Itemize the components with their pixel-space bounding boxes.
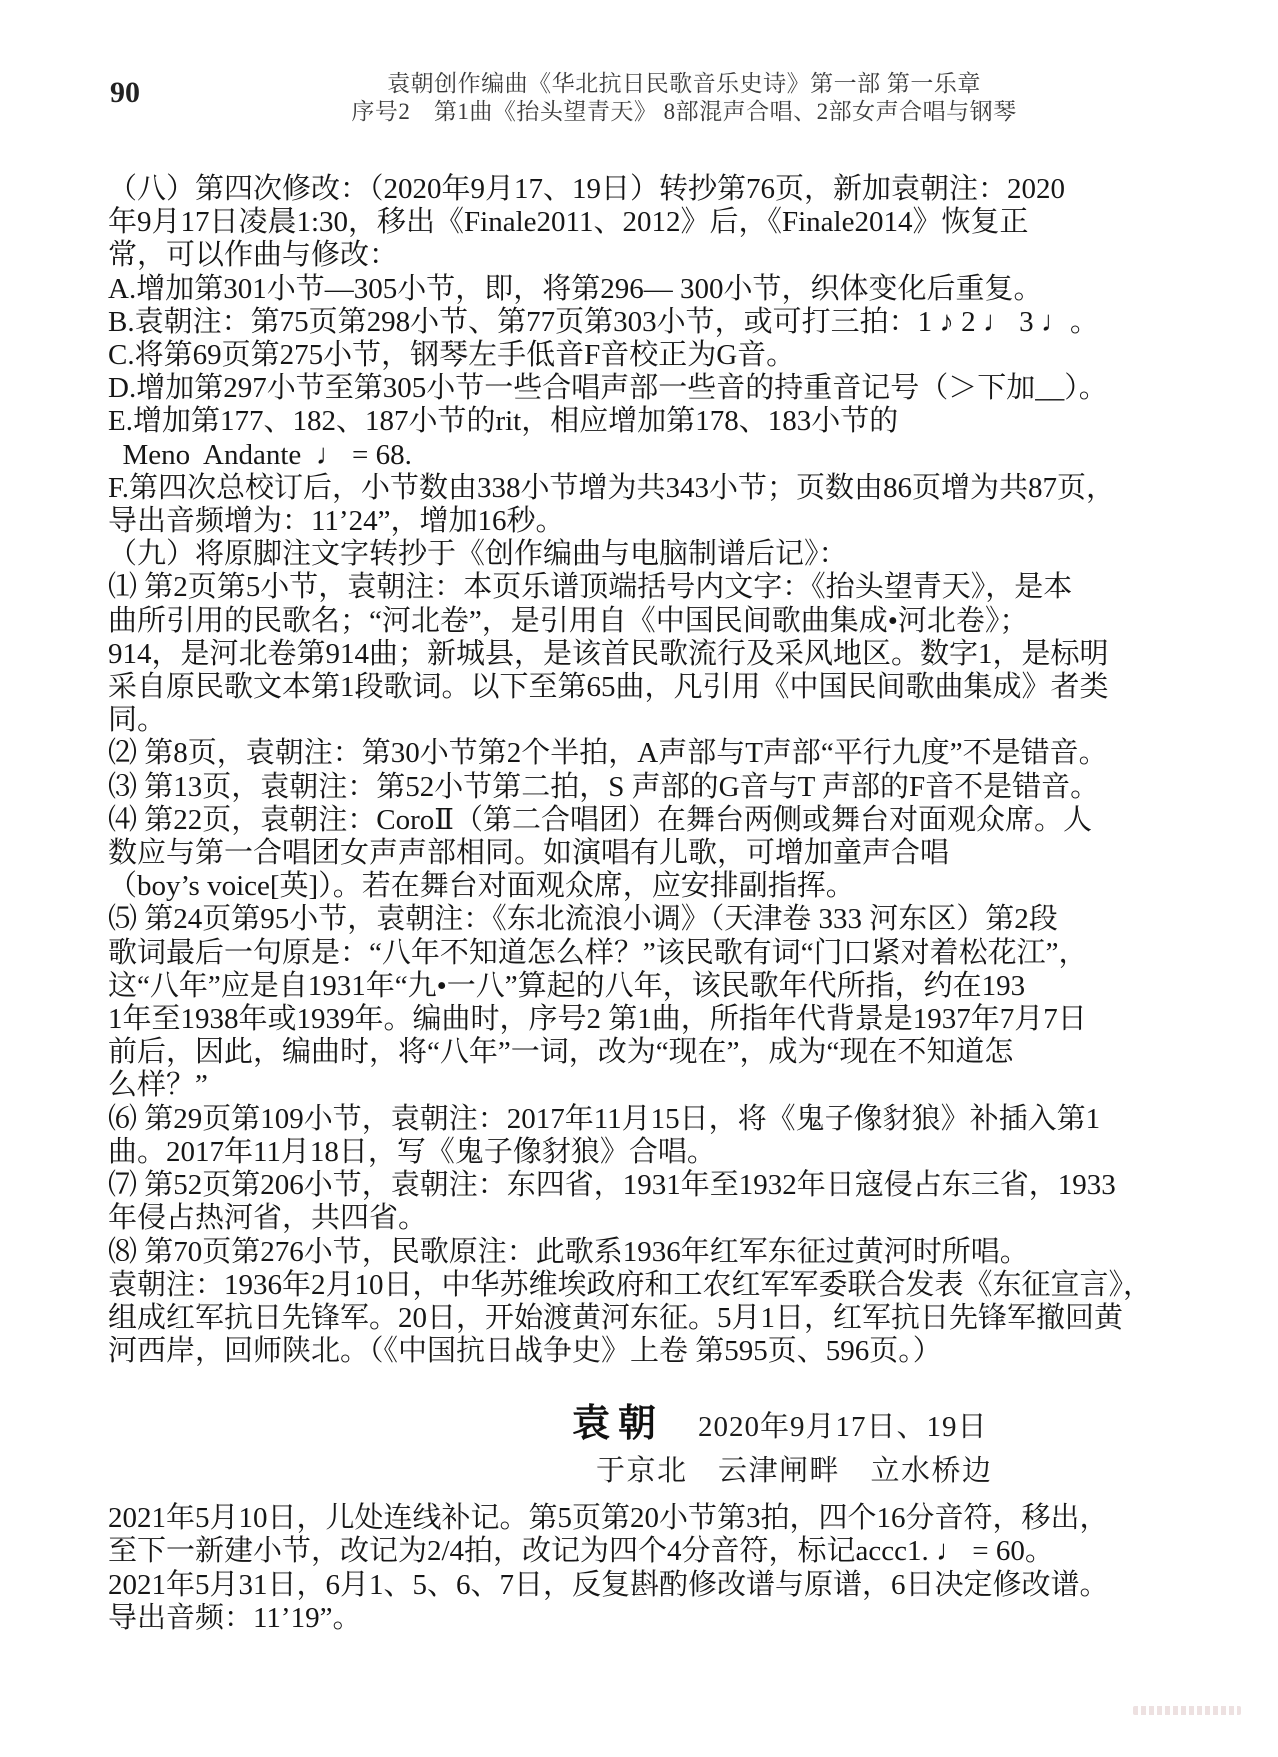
body-text-line: 导出音频增为：11’24”，增加16秒。 bbox=[108, 505, 1186, 538]
body-text-line: 1年至1938年或1939年。编曲时，序号2 第1曲，所指年代背景是1937年7… bbox=[108, 1003, 1186, 1036]
postscript-block: 2021年5月10日，儿处连线补记。第5页第20小节第3拍，四个16分音符，移出… bbox=[108, 1502, 1186, 1636]
postscript-line: 导出音频：11’19”。 bbox=[108, 1602, 1186, 1635]
body-text-line: 采自原民歌文本第1段歌词。以下至第65曲，凡引用《中国民间歌曲集成》者类 bbox=[108, 671, 1186, 704]
body-text-line: 河西岸，回师陕北。（《中国抗日战争史》上卷 第595页、596页。） bbox=[108, 1335, 1186, 1368]
body-text-line: （boy’s voice[英]）。若在舞台对面观众席，应安排副指挥。 bbox=[108, 870, 1186, 903]
page-number: 90 bbox=[110, 76, 140, 110]
body-text-line: E.增加第177、182、187小节的rit，相应增加第178、183小节的 bbox=[108, 405, 1186, 438]
body-text-line: ⑴ 第2页第5小节，袁朝注：本页乐谱顶端括号内文字：《抬头望青天》，是本 bbox=[108, 571, 1186, 604]
body-text-line: B.袁朝注：第75页第298小节、第77页第303小节，或可打三拍：1 ♪ 2 … bbox=[108, 306, 1186, 339]
body-text-line: ⑷ 第22页，袁朝注：CoroⅡ（第二合唱团）在舞台两侧或舞台对面观众席。人 bbox=[108, 804, 1186, 837]
body-text-line: ⑻ 第70页第276小节，民歌原注：此歌系1936年红军东征过黄河时所唱。 bbox=[108, 1236, 1186, 1269]
body-text-line: 年9月17日凌晨1:30，移出《Finale2011、2012》后，《Final… bbox=[108, 206, 1186, 239]
postscript-line: 2021年5月10日，儿处连线补记。第5页第20小节第3拍，四个16分音符，移出… bbox=[108, 1502, 1186, 1535]
body-text-line: ⑵ 第8页，袁朝注：第30小节第2个半拍，A声部与T声部“平行九度”不是错音。 bbox=[108, 737, 1186, 770]
body-text-line: ⑺ 第52页第206小节，袁朝注：东四省，1931年至1932年日寇侵占东三省，… bbox=[108, 1169, 1186, 1202]
body-text-line: 同。 bbox=[108, 704, 1186, 737]
header-title-line2: 序号2 第1曲《抬头望青天》 8部混声合唱、2部女声合唱与钢琴 bbox=[170, 98, 1198, 126]
signature-name: 袁朝 bbox=[572, 1403, 664, 1445]
body-text-line: 常，可以作曲与修改： bbox=[108, 239, 1186, 272]
body-text-line: ⑶ 第13页，袁朝注：第52小节第二拍，S 声部的G音与T 声部的F音不是错音。 bbox=[108, 771, 1186, 804]
body-text-line: C.将第69页第275小节，钢琴左手低音F音校正为G音。 bbox=[108, 339, 1186, 372]
body-text-line: ⑸ 第24页第95小节，袁朝注：《东北流浪小调》（天津卷 333 河东区）第2段 bbox=[108, 903, 1186, 936]
body-text-line: 组成红军抗日先锋军。20日，开始渡黄河东征。5月1日，红军抗日先锋军撤回黄 bbox=[108, 1302, 1186, 1335]
body-text-line: A.增加第301小节—305小节，即，将第296— 300小节，织体变化后重复。 bbox=[108, 273, 1186, 306]
body-text-line: 914，是河北卷第914曲；新城县，是该首民歌流行及采风地区。数字1，是标明 bbox=[108, 638, 1186, 671]
body-text-block: （八）第四次修改：（2020年9月17、19日）转抄第76页，新加袁朝注：202… bbox=[108, 173, 1186, 1368]
postscript-line: 2021年5月31日，6月1、5、6、7日，反复斟酌修改谱与原谱，6日决定修改谱… bbox=[108, 1569, 1186, 1602]
body-text-line: 前后，因此，编曲时，将“八年”一词，改为“现在”，成为“现在不知道怎 bbox=[108, 1036, 1186, 1069]
signature-place: 于京北 云津闸畔 立水桥边 bbox=[596, 1448, 993, 1489]
watermark-smudge bbox=[1133, 1706, 1241, 1715]
body-text-line: 数应与第一合唱团女声声部相同。如演唱有儿歌，可增加童声合唱 bbox=[108, 837, 1186, 870]
document-page: 90 袁朝创作编曲《华北抗日民歌音乐史诗》第一部 第一乐章 序号2 第1曲《抬头… bbox=[0, 0, 1278, 1757]
body-text-line: 这“八年”应是自1931年“九•一八”算起的八年，该民歌年代所指，约在193 bbox=[108, 970, 1186, 1003]
signature-row: 袁朝2020年9月17日、19日 bbox=[572, 1392, 988, 1447]
body-text-line: 么样？” bbox=[108, 1069, 1186, 1102]
signature-date: 2020年9月17日、19日 bbox=[698, 1411, 988, 1443]
body-text-line: D.增加第297小节至第305小节一些合唱声部一些音的持重音记号（＞下加__）。 bbox=[108, 372, 1186, 405]
body-text-line: 袁朝注：1936年2月10日，中华苏维埃政府和工农红军军委联合发表《东征宣言》， bbox=[108, 1269, 1186, 1302]
postscript-line: 至下一新建小节，改记为2/4拍，改记为四个4分音符，标记accc1. ♩ = 6… bbox=[108, 1535, 1186, 1568]
body-text-line: （八）第四次修改：（2020年9月17、19日）转抄第76页，新加袁朝注：202… bbox=[108, 173, 1186, 206]
body-text-line: 年侵占热河省，共四省。 bbox=[108, 1202, 1186, 1235]
header-title-line1: 袁朝创作编曲《华北抗日民歌音乐史诗》第一部 第一乐章 bbox=[170, 70, 1198, 98]
body-text-line: Meno Andante ♩ = 68. bbox=[108, 439, 1186, 472]
body-text-line: F.第四次总校订后，小节数由338小节增为共343小节；页数由86页增为共87页… bbox=[108, 472, 1186, 505]
body-text-line: ⑹ 第29页第109小节，袁朝注：2017年11月15日，将《鬼子像豺狼》补插入… bbox=[108, 1103, 1186, 1136]
body-text-line: 曲。2017年11月18日，写《鬼子像豺狼》合唱。 bbox=[108, 1136, 1186, 1169]
body-text-line: （九）将原脚注文字转抄于《创作编曲与电脑制谱后记》： bbox=[108, 538, 1186, 571]
document-header: 袁朝创作编曲《华北抗日民歌音乐史诗》第一部 第一乐章 序号2 第1曲《抬头望青天… bbox=[170, 70, 1198, 126]
body-text-line: 曲所引用的民歌名；“河北卷”，是引用自《中国民间歌曲集成•河北卷》； bbox=[108, 605, 1186, 638]
body-text-line: 歌词最后一句原是：“八年不知道怎么样？”该民歌有词“门口紧对着松花江”， bbox=[108, 937, 1186, 970]
